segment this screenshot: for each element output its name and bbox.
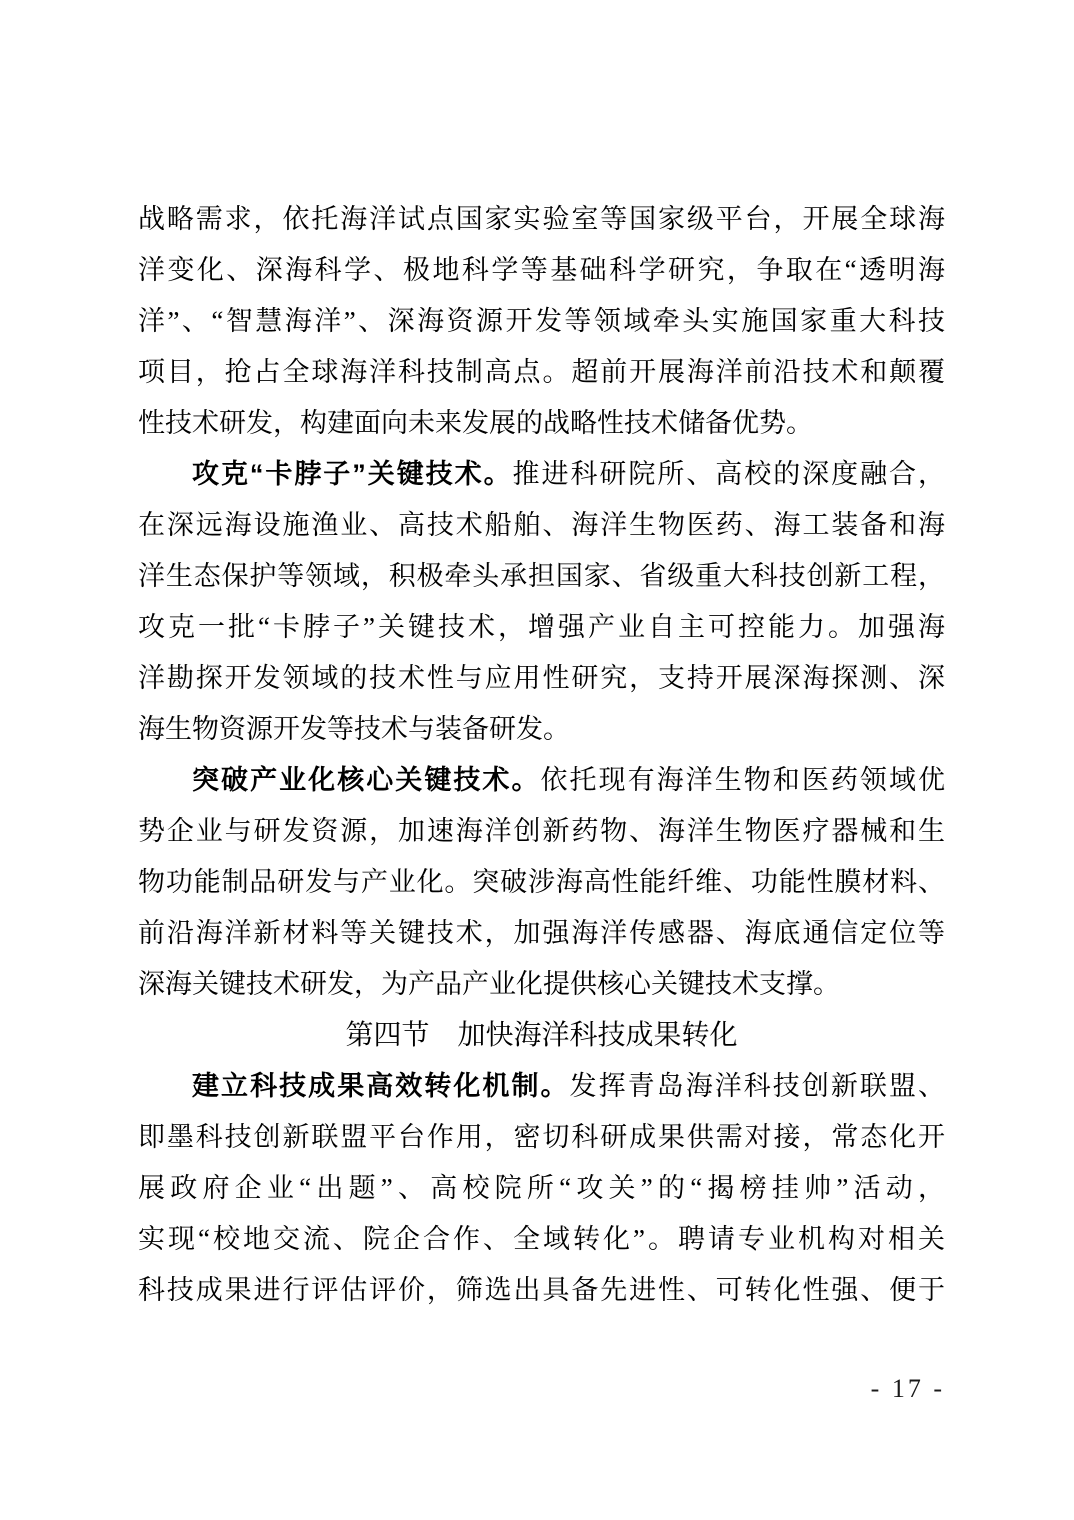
page-number: - 17 - <box>138 1363 945 1414</box>
text-line: 攻克“卡脖子”关键技术。推进科研院所、高校的深度融合， <box>138 449 945 500</box>
text-line: 洋”、“智慧海洋”、深海资源开发等领域牵头实施国家重大科技 <box>138 296 945 347</box>
text-line: 攻克一批“卡脖子”关键技术，增强产业自主可控能力。加强海 <box>138 602 945 653</box>
text-block: 战略需求，依托海洋试点国家实验室等国家级平台，开展全球海洋变化、深海科学、极地科… <box>138 194 945 1316</box>
text-line: 势企业与研发资源，加速海洋创新药物、海洋生物医疗器械和生 <box>138 806 945 857</box>
lead-text: 建立科技成果高效转化机制。 <box>192 1071 570 1101</box>
text-line: 展政府企业“出题”、高校院所“攻关”的“揭榜挂帅”活动， <box>138 1163 945 1214</box>
text-line: 深海关键技术研发，为产品产业化提供核心关键技术支撑。 <box>138 959 945 1010</box>
paragraph: 战略需求，依托海洋试点国家实验室等国家级平台，开展全球海洋变化、深海科学、极地科… <box>138 194 945 449</box>
text-line: 洋变化、深海科学、极地科学等基础科学研究，争取在“透明海 <box>138 245 945 296</box>
text-line: 性技术研发，构建面向未来发展的战略性技术储备优势。 <box>138 398 945 449</box>
text-line: 即墨科技创新联盟平台作用，密切科研成果供需对接，常态化开 <box>138 1112 945 1163</box>
lead-text: 突破产业化核心关键技术。 <box>192 765 540 795</box>
text-line: 实现“校地交流、院企合作、全域转化”。聘请专业机构对相关 <box>138 1214 945 1265</box>
text-line: 在深远海设施渔业、高技术船舶、海洋生物医药、海工装备和海 <box>138 500 945 551</box>
paragraph: 攻克“卡脖子”关键技术。推进科研院所、高校的深度融合，在深远海设施渔业、高技术船… <box>138 449 945 755</box>
text-line: 建立科技成果高效转化机制。发挥青岛海洋科技创新联盟、 <box>138 1061 945 1112</box>
text-line: 物功能制品研发与产业化。突破涉海高性能纤维、功能性膜材料、 <box>138 857 945 908</box>
document-page: 战略需求，依托海洋试点国家实验室等国家级平台，开展全球海洋变化、深海科学、极地科… <box>0 0 1074 1520</box>
paragraph: 建立科技成果高效转化机制。发挥青岛海洋科技创新联盟、即墨科技创新联盟平台作用，密… <box>138 1061 945 1316</box>
text-line: 项目，抢占全球海洋科技制高点。超前开展海洋前沿技术和颠覆 <box>138 347 945 398</box>
text-line: 海生物资源开发等技术与装备研发。 <box>138 704 945 755</box>
lead-text: 攻克“卡脖子”关键技术。 <box>192 459 513 489</box>
text-line: 科技成果进行评估评价，筛选出具备先进性、可转化性强、便于 <box>138 1265 945 1316</box>
text-line: 洋勘探开发领域的技术性与应用性研究，支持开展深海探测、深 <box>138 653 945 704</box>
text-line: 战略需求，依托海洋试点国家实验室等国家级平台，开展全球海 <box>138 194 945 245</box>
text-line: 突破产业化核心关键技术。依托现有海洋生物和医药领域优 <box>138 755 945 806</box>
text-line: 洋生态保护等领域，积极牵头承担国家、省级重大科技创新工程， <box>138 551 945 602</box>
text-line: 前沿海洋新材料等关键技术，加强海洋传感器、海底通信定位等 <box>138 908 945 959</box>
section-heading: 第四节 加快海洋科技成果转化 <box>138 1010 945 1061</box>
paragraph: 突破产业化核心关键技术。依托现有海洋生物和医药领域优势企业与研发资源，加速海洋创… <box>138 755 945 1010</box>
